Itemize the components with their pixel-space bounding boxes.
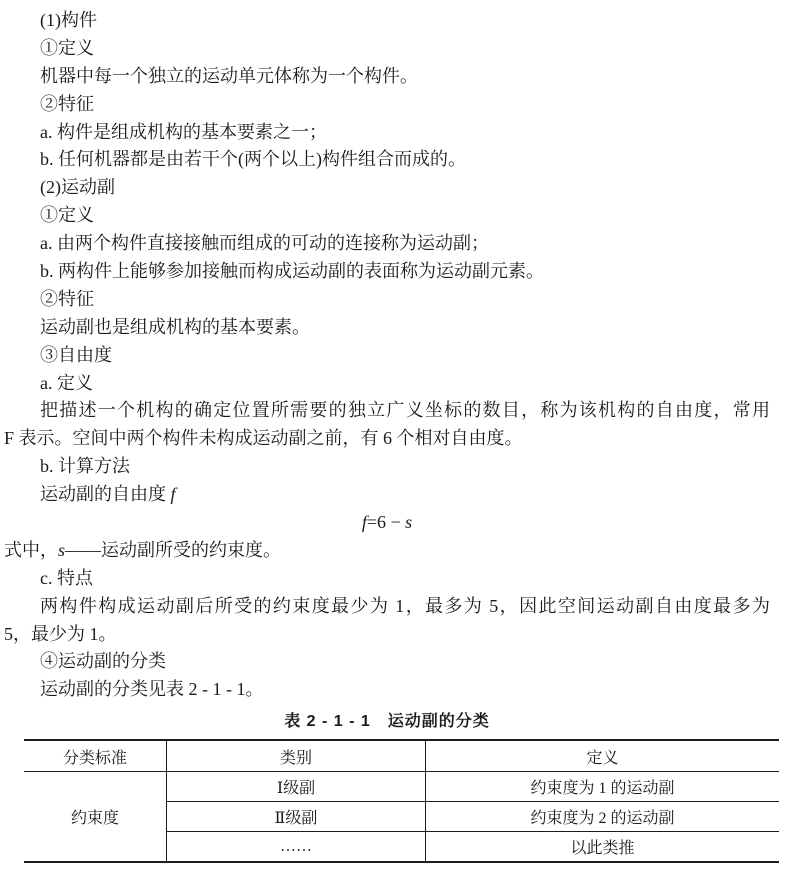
text-run: ③自由度: [40, 345, 112, 365]
text-run: 运动副的分类见表 2 - 1 - 1。: [40, 679, 264, 699]
text-run: ①定义: [40, 38, 94, 58]
text-line: ③自由度: [4, 342, 770, 370]
text-line: (2)运动副: [4, 174, 770, 202]
text-line: ①定义: [4, 202, 770, 230]
table-group-label: 约束度: [24, 772, 167, 863]
text-run: ——运动副所受的约束度。: [65, 540, 281, 560]
table-header-criterion: 分类标准: [24, 740, 167, 772]
text-run: 把描述一个机构的确定位置所需要的独立广义坐标的数目，称为该机构的自由度，常用: [40, 400, 770, 420]
text-line: f=6 − s: [4, 509, 770, 537]
text-line: c. 特点: [4, 565, 770, 593]
text-run: a. 构件是组成机构的基本要素之一；: [40, 122, 327, 142]
table-cell-category: Ⅱ级副: [167, 802, 426, 832]
text-run: 运动副的自由度: [40, 484, 171, 504]
text-line: 运动副的分类见表 2 - 1 - 1。: [4, 676, 770, 704]
text-line: 运动副也是组成机构的基本要素。: [4, 314, 770, 342]
table-row: 约束度Ⅰ级副约束度为 1 的运动副: [24, 772, 779, 802]
text-run: 5，最少为 1。: [4, 624, 117, 644]
text-line: a. 构件是组成机构的基本要素之一；: [4, 119, 770, 147]
table-cell-definition: 约束度为 1 的运动副: [426, 772, 780, 802]
table-header-row: 分类标准 类别 定义: [24, 740, 779, 772]
math-var: s: [405, 512, 412, 532]
table-cell-category: Ⅰ级副: [167, 772, 426, 802]
text-line: 机器中每一个独立的运动单元体称为一个构件。: [4, 63, 770, 91]
text-line: 两构件构成运动副后所受的约束度最少为 1，最多为 5，因此空间运动副自由度最多为: [4, 593, 770, 621]
table-cell-category: ……: [167, 832, 426, 863]
math-var: f: [171, 484, 176, 504]
text-line: 把描述一个机构的确定位置所需要的独立广义坐标的数目，称为该机构的自由度，常用: [4, 397, 770, 425]
math-var: s: [58, 540, 65, 560]
text-line: F 表示。空间中两个构件未构成运动副之前，有 6 个相对自由度。: [4, 425, 770, 453]
text-run: a. 定义: [40, 373, 93, 393]
table-header-category: 类别: [167, 740, 426, 772]
body-text: (1)构件①定义机器中每一个独立的运动单元体称为一个构件。②特征a. 构件是组成…: [4, 7, 770, 704]
text-run: ②特征: [40, 289, 94, 309]
text-run: (2)运动副: [40, 177, 115, 197]
document-page: (1)构件①定义机器中每一个独立的运动单元体称为一个构件。②特征a. 构件是组成…: [0, 0, 778, 863]
text-line: b. 两构件上能够参加接触而构成运动副的表面称为运动副元素。: [4, 258, 770, 286]
text-line: 式中，s——运动副所受的约束度。: [4, 537, 770, 565]
text-line: ①定义: [4, 35, 770, 63]
text-line: ④运动副的分类: [4, 648, 770, 676]
text-run: =6 −: [367, 512, 405, 532]
text-line: b. 任何机器都是由若干个(两个以上)构件组合而成的。: [4, 146, 770, 174]
table-title: 表 2 - 1 - 1 运动副的分类: [4, 711, 770, 733]
text-run: ①定义: [40, 205, 94, 225]
text-run: ④运动副的分类: [40, 651, 166, 671]
text-run: a. 由两个构件直接接触而组成的可动的连接称为运动副；: [40, 233, 489, 253]
text-run: 机器中每一个独立的运动单元体称为一个构件。: [40, 66, 418, 86]
text-run: b. 两构件上能够参加接触而构成运动副的表面称为运动副元素。: [40, 261, 544, 281]
table-cell-definition: 以此类推: [426, 832, 780, 863]
text-run: 式中，: [4, 540, 58, 560]
text-line: ②特征: [4, 286, 770, 314]
text-line: ②特征: [4, 91, 770, 119]
text-line: 运动副的自由度 f: [4, 481, 770, 509]
classification-table: 分类标准 类别 定义 约束度Ⅰ级副约束度为 1 的运动副Ⅱ级副约束度为 2 的运…: [24, 739, 779, 863]
text-line: a. 由两个构件直接接触而组成的可动的连接称为运动副；: [4, 230, 770, 258]
text-run: F 表示。空间中两个构件未构成运动副之前，有 6 个相对自由度。: [4, 428, 523, 448]
text-run: 运动副也是组成机构的基本要素。: [40, 317, 310, 337]
text-run: b. 计算方法: [40, 456, 130, 476]
text-line: b. 计算方法: [4, 453, 770, 481]
table-body: 约束度Ⅰ级副约束度为 1 的运动副Ⅱ级副约束度为 2 的运动副……以此类推: [24, 772, 779, 863]
text-run: (1)构件: [40, 10, 97, 30]
text-line: a. 定义: [4, 370, 770, 398]
text-line: (1)构件: [4, 7, 770, 35]
table-cell-definition: 约束度为 2 的运动副: [426, 802, 780, 832]
text-run: b. 任何机器都是由若干个(两个以上)构件组合而成的。: [40, 149, 466, 169]
text-run: ②特征: [40, 94, 94, 114]
text-line: 5，最少为 1。: [4, 621, 770, 649]
text-run: 两构件构成运动副后所受的约束度最少为 1，最多为 5，因此空间运动副自由度最多为: [40, 596, 770, 616]
text-run: c. 特点: [40, 568, 93, 588]
table-header-definition: 定义: [426, 740, 780, 772]
